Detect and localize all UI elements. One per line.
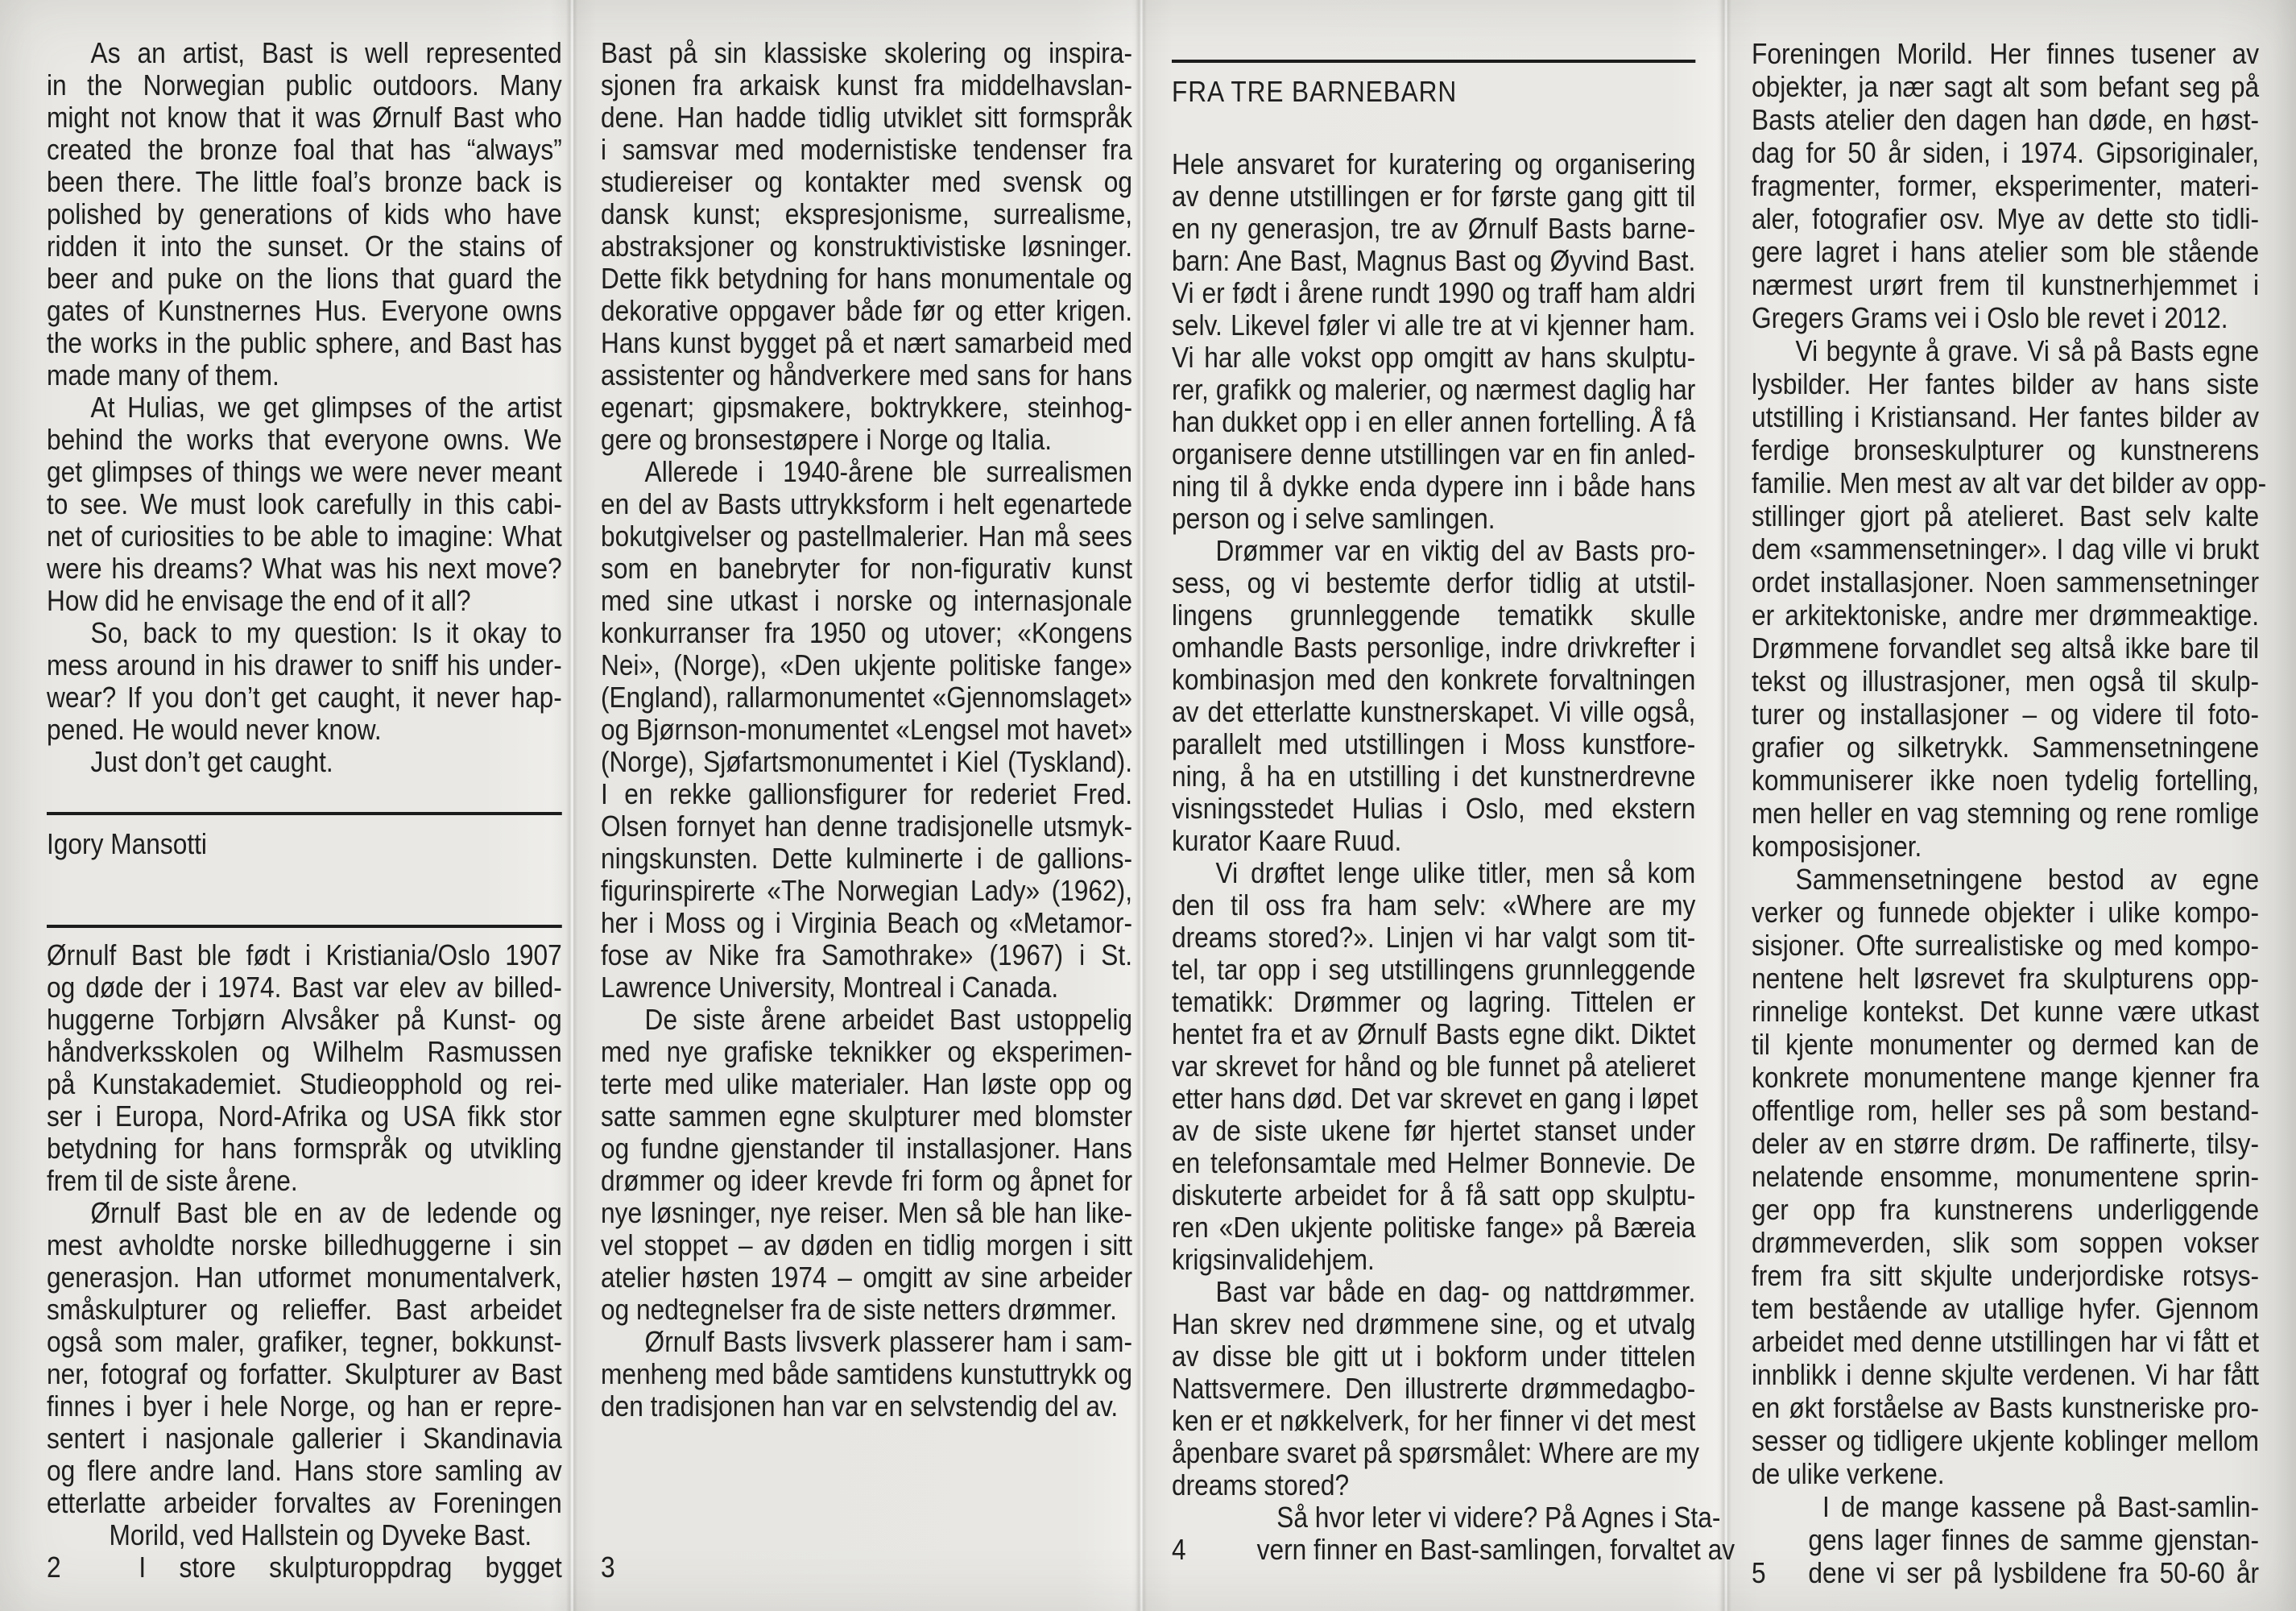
text-line: men heller en vag stemning og rene romli…: [1752, 797, 2259, 830]
page-number-line: 4vern finner en Bast-samlingen, forvalte…: [1172, 1534, 1695, 1566]
text-line: wear? If you don’t get caught, it never …: [47, 681, 562, 714]
text-line: to see. We must look carefully in this c…: [47, 488, 562, 520]
text-line: tekst og illustrasjoner, men også til sk…: [1752, 665, 2259, 698]
text-line: ferdige bronseskulpturer og kunstnerens: [1752, 433, 2259, 466]
page-number: 5: [1752, 1556, 1766, 1589]
text-line: So, back to my question: Is it okay to: [47, 617, 562, 649]
text-line: Nei», (Norge), «Den ukjente politiske fa…: [601, 649, 1132, 681]
text-line: polished by generations of kids who have: [47, 198, 562, 230]
text-line: dreams stored?: [1172, 1469, 1695, 1501]
text-line: assistenter og håndverkere med sans for …: [601, 359, 1132, 391]
text-line: As an artist, Bast is well represented: [47, 37, 562, 69]
text-line: rinnelige kontekst. Det kunne være utkas…: [1752, 995, 2259, 1028]
text-line: ningskunsten. Dette kulminerte i de gall…: [601, 843, 1132, 875]
text-line: Nattsvermere. Den illustrerte drømmedagb…: [1172, 1373, 1695, 1405]
text-line: fragmenter, former, eksperimenter, mater…: [1752, 169, 2259, 202]
text-line: selv. Likevel føler vi alle tre at vi kj…: [1172, 309, 1695, 342]
text-line: komposisjoner.: [1752, 830, 2259, 863]
text-line: in the Norwegian public outdoors. Many: [47, 69, 562, 101]
text-line: en del av Basts uttrykksform i helt egen…: [601, 488, 1132, 520]
text-line: nærmest urørt frem til kunstnerhjemmet i: [1752, 268, 2259, 301]
text-line: objekter, ja nær sagt alt som befant seg…: [1752, 70, 2259, 103]
text-line: vern finner en Bast-samlingen, forvaltet…: [1186, 1534, 1735, 1566]
text-line: made many of them.: [47, 359, 562, 391]
text-line: sentert i nasjonale gallerier i Skandina…: [47, 1423, 562, 1455]
text-line: tel, tar opp i seg utstillingens grunnle…: [1172, 954, 1695, 986]
text-line: Morild, ved Hallstein og Dyveke Bast.: [47, 1519, 562, 1551]
text-line: I store skulpturoppdrag bygget: [61, 1551, 562, 1584]
column-1: As an artist, Bast is well representedin…: [47, 37, 562, 1584]
text-line: dene. Han hadde tidlig utviklet sitt for…: [601, 101, 1132, 134]
text-line: pened. He would never know.: [47, 714, 562, 746]
text-line: og flere andre land. Hans store samling …: [47, 1455, 562, 1487]
text-line: drømmeverden, slik som soppen vokser: [1752, 1226, 2259, 1259]
text-line: en ny generasjon, tre av Ørnulf Basts ba…: [1172, 213, 1695, 245]
page-number: 2: [47, 1551, 61, 1584]
text-line: med nye grafiske teknikker og eksperimen…: [601, 1036, 1132, 1068]
text-line: bokutgivelser og pastellmalerier. Han må…: [601, 520, 1132, 553]
text-line: tem bestående av utallige hyfer. Gjennom: [1752, 1292, 2259, 1325]
text-line: drømmer og ideer krevde fri form og åpne…: [601, 1165, 1132, 1197]
text-line: rer, grafikk og malerier, og nærmest dag…: [1172, 374, 1695, 406]
text-line: av disse ble gitt ut i bokform under tit…: [1172, 1340, 1695, 1373]
text-line: en telefonsamtale med Helmer Bonnevie. D…: [1172, 1147, 1695, 1179]
text-line: the works in the public sphere, and Bast…: [47, 327, 562, 359]
text-line: småskulpturer og relieffer. Bast arbeide…: [47, 1294, 562, 1326]
text-line: kurator Kaare Ruud.: [1172, 825, 1695, 857]
text-line: been there. The little foal’s bronze bac…: [47, 166, 562, 198]
text-line: og nedtegnelser fra de siste netters drø…: [601, 1294, 1132, 1326]
text-line: lysbilder. Her fantes bilder av hans sis…: [1752, 367, 2259, 400]
text-line: Ørnulf Bast ble født i Kristiania/Oslo 1…: [47, 939, 562, 971]
text-line: Dette fikk betydning for hans monumental…: [601, 263, 1132, 295]
text-line: i samsvar med modernistiske tendenser fr…: [601, 134, 1132, 166]
text-line: er arkitektoniske, andre mer drømmeaktig…: [1752, 598, 2259, 632]
text-line: kommuniserer ikke noen tydelig fortellin…: [1752, 764, 2259, 797]
text-line: Igory Mansotti: [47, 828, 562, 860]
text-line: dene vi ser på lysbildene fra 50-60 år: [1766, 1556, 2259, 1589]
text-line: menheng med både samtidens kunstuttrykk …: [601, 1358, 1132, 1390]
text-line: arbeidet med denne utstillingen har vi f…: [1752, 1325, 2259, 1358]
text-line: dreams stored?». Linjen vi har valgt som…: [1172, 921, 1695, 954]
text-line: might not know that it was Ørnulf Bast w…: [47, 101, 562, 134]
text-line: terte med ulike materialer. Han løste op…: [601, 1068, 1132, 1100]
text-line: mess around in his drawer to sniff his u…: [47, 649, 562, 681]
page-number-line: 5dene vi ser på lysbildene fra 50-60 år: [1752, 1556, 2259, 1589]
page-number-line: 2I store skulpturoppdrag bygget: [47, 1551, 562, 1584]
column-4: Foreningen Morild. Her finnes tusener av…: [1752, 37, 2259, 1589]
text-line: og Bjørnson-monumentet «Lengsel mot have…: [601, 714, 1132, 746]
text-line: ordet installasjoner. Noen sammensetning…: [1752, 565, 2259, 598]
column-3: FRA TRE BARNEBARNHele ansvaret for kurat…: [1172, 37, 1695, 1566]
text-line: med sine utkast i norske og internasjona…: [601, 585, 1132, 617]
text-line: behind the works that everyone owns. We: [47, 424, 562, 456]
text-line: ken er et nøkkelverk, for her finner vi …: [1172, 1405, 1695, 1437]
text-line: frem til de siste årene.: [47, 1165, 562, 1197]
text-line: de ulike verkene.: [1752, 1457, 2259, 1490]
text-line: figurinspirerte «The Norwegian Lady» (19…: [601, 875, 1132, 907]
text-line: gere og bronsestøpere i Norge og Italia.: [601, 424, 1132, 456]
text-line: sjonen fra arkaisk kunst fra middelhavsl…: [601, 69, 1132, 101]
text-line: finnes i byer i hele Norge, og han er re…: [47, 1390, 562, 1423]
text-line: av det etterlatte kunstnerskapet. Vi vil…: [1172, 696, 1695, 728]
text-line: Just don’t get caught.: [47, 746, 562, 778]
spacer: [47, 778, 562, 812]
text-line: en økt forståelse av Basts kunstneriske …: [1752, 1391, 2259, 1424]
spacer: [601, 1423, 1132, 1551]
text-line: Hele ansvaret for kuratering og organise…: [1172, 148, 1695, 180]
spacer: [1172, 111, 1695, 148]
text-line: krigsinvalidehjem.: [1172, 1244, 1695, 1276]
text-line: turer og installasjoner – og videre til …: [1752, 698, 2259, 731]
text-line: Bast var både en dag- og nattdrømmer.: [1172, 1276, 1695, 1308]
text-line: ser i Europa, Nord-Afrika og USA fikk st…: [47, 1100, 562, 1133]
text-line: nye løsninger, nye reiser. Men så ble ha…: [601, 1197, 1132, 1229]
text-line: tematikk: Drømmer og lagring. Tittelen e…: [1172, 986, 1695, 1018]
text-line: atelier høsten 1974 – omgitt av sine arb…: [601, 1261, 1132, 1294]
text-line: og døde der i 1974. Bast var elev av bil…: [47, 971, 562, 1004]
text-line: Han skrev ned drømmene sine, og et utval…: [1172, 1308, 1695, 1340]
text-line: mest avholdte norske billedhuggerne i si…: [47, 1229, 562, 1261]
text-line: dekorative oppgaver både før og etter kr…: [601, 295, 1132, 327]
scanned-brochure-page: As an artist, Bast is well representedin…: [0, 0, 2296, 1611]
text-line: ning til å dykke enda dypere inn i både …: [1172, 470, 1695, 503]
text-line: ger opp fra kunstnerens underliggende: [1752, 1193, 2259, 1226]
text-line: av de siste ukene før hjertet stanset un…: [1172, 1115, 1695, 1147]
text-line: her i Moss og i Virginia Beach og «Metam…: [601, 907, 1132, 939]
text-line: gates of Kunstnernes Hus. Everyone owns: [47, 295, 562, 327]
text-line: person og i selve samlingen.: [1172, 503, 1695, 535]
text-line: huggerne Torbjørn Alvsåker på Kunst- og: [47, 1004, 562, 1036]
text-line: Drømmer var en viktig del av Basts pro-: [1172, 535, 1695, 567]
text-line: Vi drøftet lenge ulike titler, men så ko…: [1172, 857, 1695, 889]
text-line: etterlatte arbeider forvaltes av Forenin…: [47, 1487, 562, 1519]
text-line: den tradisjonen han var en selvstendig d…: [601, 1390, 1132, 1423]
page-number: 3: [601, 1551, 1132, 1584]
text-line: åpenbare svaret på spørsmålet: Where are…: [1172, 1437, 1695, 1469]
text-line: konkrete monumentene mange kjenner fra: [1752, 1061, 2259, 1094]
spacer: [47, 815, 562, 828]
text-line: Lawrence University, Montreal i Canada.: [601, 971, 1132, 1004]
text-line: kombinasjon med den konkrete forvaltning…: [1172, 664, 1695, 696]
text-line: av denne utstillingen er for første gang…: [1172, 180, 1695, 213]
text-line: Vi begynte å grave. Vi så på Basts egne: [1752, 334, 2259, 367]
page-number: 4: [1172, 1534, 1186, 1566]
text-line: fose av Nike fra Samothrake» (1967) i St…: [601, 939, 1132, 971]
text-line: offentlige rom, heller ses på som bestan…: [1752, 1094, 2259, 1127]
text-line: Hans kunst bygget på et nært samarbeid m…: [601, 327, 1132, 359]
text-line: parallelt med utstillingen i Moss kunstf…: [1172, 728, 1695, 760]
text-line: verker og funnede objekter i ulike kompo…: [1752, 896, 2259, 929]
text-line: ren «Den ukjente politiske fange» på Bær…: [1172, 1211, 1695, 1244]
text-line: etter hans død. Det var skrevet en gang …: [1172, 1083, 1695, 1115]
spacer: [47, 928, 562, 939]
text-line: (England), rallarmonumentet «Gjennomslag…: [601, 681, 1132, 714]
section-heading: FRA TRE BARNEBARN: [1172, 72, 1695, 111]
text-line: håndverksskolen og Wilhelm Rasmussen: [47, 1036, 562, 1068]
text-line: Drømmene forvandlet seg altså ikke bare …: [1752, 632, 2259, 665]
text-line: De siste årene arbeidet Bast ustoppelig: [601, 1004, 1132, 1036]
text-line: Vi er født i årene rundt 1990 og traff h…: [1172, 277, 1695, 309]
text-line: nelatende ensomme, monumentene sprin-: [1752, 1160, 2259, 1193]
text-line: barn: Ane Bast, Magnus Bast og Øyvind Ba…: [1172, 245, 1695, 277]
text-line: studiereiser og kontakter med svensk og: [601, 166, 1132, 198]
text-line: også som maler, grafiker, tegner, bokkun…: [47, 1326, 562, 1358]
text-line: gens lager finnes de samme gjenstan-: [1752, 1523, 2259, 1556]
spacer: [47, 860, 562, 925]
text-line: og fundne gjenstander til installasjoner…: [601, 1133, 1132, 1165]
text-line: dansk kunst; ekspresjonisme, surrealisme…: [601, 198, 1132, 230]
text-line: på Kunstakademiet. Studieopphold og rei-: [47, 1068, 562, 1100]
text-line: var skrevet for hånd og ble funnet på at…: [1172, 1050, 1695, 1083]
text-line: sess, og vi bestemte derfor tidlig at ut…: [1172, 567, 1695, 599]
text-line: net of curiosities to be able to imagine…: [47, 520, 562, 553]
text-line: han dukket opp i en eller annen fortelli…: [1172, 406, 1695, 438]
text-line: visningsstedet Hulias i Oslo, med ekster…: [1172, 793, 1695, 825]
text-line: Vi har alle vokst opp omgitt av hans sku…: [1172, 342, 1695, 374]
text-line: get glimpses of things we were never mea…: [47, 456, 562, 488]
text-line: I de mange kassene på Bast-samlin-: [1752, 1490, 2259, 1523]
text-line: den til oss fra ham selv: «Where are my: [1172, 889, 1695, 921]
spacer: [1172, 37, 1695, 60]
text-line: sisjoner. Ofte surrealistiske og med kom…: [1752, 929, 2259, 962]
text-line: hentet fra et av Ørnulf Basts egne dikt.…: [1172, 1018, 1695, 1050]
text-line: gere lagret i hans atelier som ble ståen…: [1752, 235, 2259, 268]
text-line: Basts atelier den dagen han døde, en høs…: [1752, 103, 2259, 136]
text-line: frem fra sitt skjulte underjordiske rots…: [1752, 1259, 2259, 1292]
text-line: beer and puke on the lions that guard th…: [47, 263, 562, 295]
text-line: ner, fotograf og forfatter. Skulpturer a…: [47, 1358, 562, 1390]
text-line: Bast på sin klassiske skolering og inspi…: [601, 37, 1132, 69]
text-line: At Hulias, we get glimpses of the artist: [47, 391, 562, 424]
text-line: Gregers Grams vei i Oslo ble revet i 201…: [1752, 301, 2259, 334]
spacer: [1172, 63, 1695, 72]
text-line: utstilling i Kristiansand. Her fantes bi…: [1752, 400, 2259, 433]
text-line: stillinger gjort på atelieret. Bast selv…: [1752, 499, 2259, 532]
text-line: som en banebryter for non-figurativ kuns…: [601, 553, 1132, 585]
text-line: Ørnulf Basts livsverk plasserer ham i sa…: [601, 1326, 1132, 1358]
text-line: betydning for hans formspråk og utviklin…: [47, 1133, 562, 1165]
text-line: vel stoppet – av døden en tidlig morgen …: [601, 1229, 1132, 1261]
text-line: (Norge), Sjøfartsmonumentet i Kiel (Tysk…: [601, 746, 1132, 778]
text-line: ning, å ha en utstilling i det kunstnerd…: [1172, 760, 1695, 793]
text-line: Sammensetningene bestod av egne: [1752, 863, 2259, 896]
text-line: dem «sammensetninger». I dag ville vi br…: [1752, 532, 2259, 565]
text-line: til kjente monumenter og dermed kan de: [1752, 1028, 2259, 1061]
text-line: dag for 50 år siden, i 1974. Gipsorigina…: [1752, 136, 2259, 169]
text-line: generasjon. Han utformet monumentalverk,: [47, 1261, 562, 1294]
text-line: created the bronze foal that has “always…: [47, 134, 562, 166]
text-line: I en rekke gallionsfigurer for rederiet …: [601, 778, 1132, 810]
text-line: abstraksjoner og konstruktivistiske løsn…: [601, 230, 1132, 263]
text-line: nentene helt løsrevet fra skulpturens op…: [1752, 962, 2259, 995]
text-line: innblikk i denne skjulte verdenen. Vi ha…: [1752, 1358, 2259, 1391]
text-line: diskuterte arbeidet for å få satt opp sk…: [1172, 1179, 1695, 1211]
text-line: were his dreams? What was his next move?: [47, 553, 562, 585]
text-line: sesser og tidligere ukjente koblinger me…: [1752, 1424, 2259, 1457]
text-line: Olsen fornyet han denne tradisjonelle ut…: [601, 810, 1132, 843]
text-line: organisere denne utstillingen var en fin…: [1172, 438, 1695, 470]
column-2: Bast på sin klassiske skolering og inspi…: [601, 37, 1132, 1584]
text-line: ridden it into the sunset. Or the stains…: [47, 230, 562, 263]
text-line: Foreningen Morild. Her finnes tusener av: [1752, 37, 2259, 70]
text-line: familie. Men mest av alt var det bilder …: [1752, 466, 2259, 499]
text-line: egenart; gipsmakere, boktrykkere, steinh…: [601, 391, 1132, 424]
text-line: Ørnulf Bast ble en av de ledende og: [47, 1197, 562, 1229]
text-line: deler av en større drøm. De raffinerte, …: [1752, 1127, 2259, 1160]
text-line: grafier og silketrykk. Sammensetningene: [1752, 731, 2259, 764]
text-line: satte sammen egne skulpturer med blomste…: [601, 1100, 1132, 1133]
text-line: konkurranser fra 1950 og utover; «Kongen…: [601, 617, 1132, 649]
text-line: How did he envisage the end of it all?: [47, 585, 562, 617]
text-line: aler, fotografier osv. Mye av dette sto …: [1752, 202, 2259, 235]
text-line: omhandle Basts personlige, indre drivkre…: [1172, 632, 1695, 664]
text-line: Allerede i 1940-årene ble surrealismen: [601, 456, 1132, 488]
text-line: Så hvor leter vi videre? På Agnes i Sta-: [1172, 1501, 1695, 1534]
text-line: lingens grunnleggende tematikk skulle: [1172, 599, 1695, 632]
